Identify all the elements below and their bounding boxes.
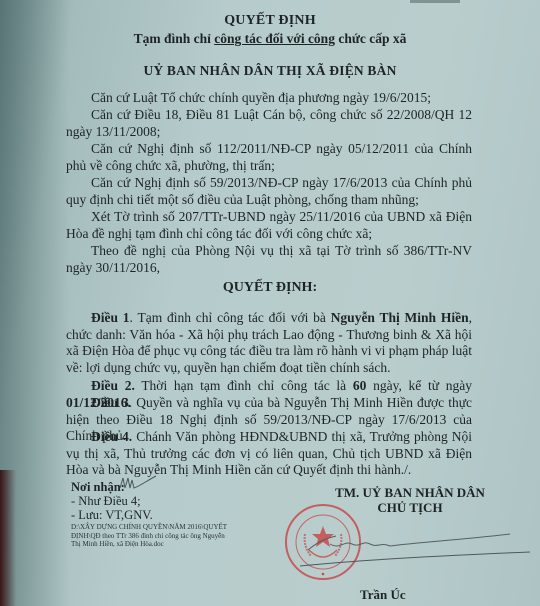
recipient-item: - Lưu: VT,GNV. [71,508,271,522]
subtitle-part: chức cấp xã [335,31,406,46]
preamble-item: Xét Tờ trình số 207/TTr-UBND ngày 25/11/… [66,209,472,242]
article-label: Điều 1 [91,310,130,325]
document-title: QUYẾT ĐỊNH [0,13,540,29]
article-label: Điều 3 [91,395,129,410]
preamble-item: Căn cứ Điều 18, Điều 81 Luật Cán bộ, côn… [66,107,472,140]
article-text: Thời hạn tạm đình chỉ công tác là [135,378,353,393]
preamble-item: Căn cứ Nghị định số 112/2011/NĐ-CP ngày … [66,141,472,174]
recipient-item: - Như Điều 4; [71,494,271,508]
file-path: D:\XÂY DỰNG CHÍNH QUYỀN\NĂM 2016\QUYẾT Đ… [71,523,236,549]
article-label: Điều 4. [91,429,132,444]
issuing-authority: UỶ BAN NHÂN DÂN THỊ XÃ ĐIỆN BÀN [0,63,540,79]
top-cutoff-text [410,0,460,3]
background-edge [0,470,16,606]
suspension-days: 60 [353,378,367,393]
article-text: . Tạm đình chỉ công tác đối với bà [130,310,331,325]
preamble-item: Theo đề nghị của Phòng Nội vụ thị xã tại… [66,243,472,276]
decision-heading: QUYẾT ĐỊNH: [0,280,540,296]
subtitle-underlined: công tác đối với công [214,31,335,46]
signer-organization: TM. UỶ BAN NHÂN DÂN [310,485,510,500]
signer-name: Trần Úc [360,587,406,603]
person-name: Nguyễn Thị Minh Hiền [331,310,469,325]
initials-scribble [118,474,178,494]
article-4: Điều 4. Chánh Văn phòng HĐND&UBND thị xã… [66,429,472,479]
article-label: Điều 2. [91,378,135,393]
document-subtitle: Tạm đình chỉ công tác đối với công chức … [0,31,540,47]
article-1: Điều 1. Tạm đình chỉ công tác đối với bà… [66,310,472,376]
subtitle-part: Tạm đình chỉ [134,31,215,46]
preamble-item: Căn cứ Luật Tổ chức chính quyền địa phươ… [66,90,472,107]
preamble-item: Căn cứ Nghị định số 59/2013/NĐ-CP ngày 1… [66,175,472,208]
article-text: ngày, kể từ ngày [366,378,472,393]
handwritten-signature [300,530,540,570]
document-photo: QUYẾT ĐỊNH Tạm đình chỉ công tác đối với… [0,0,540,606]
